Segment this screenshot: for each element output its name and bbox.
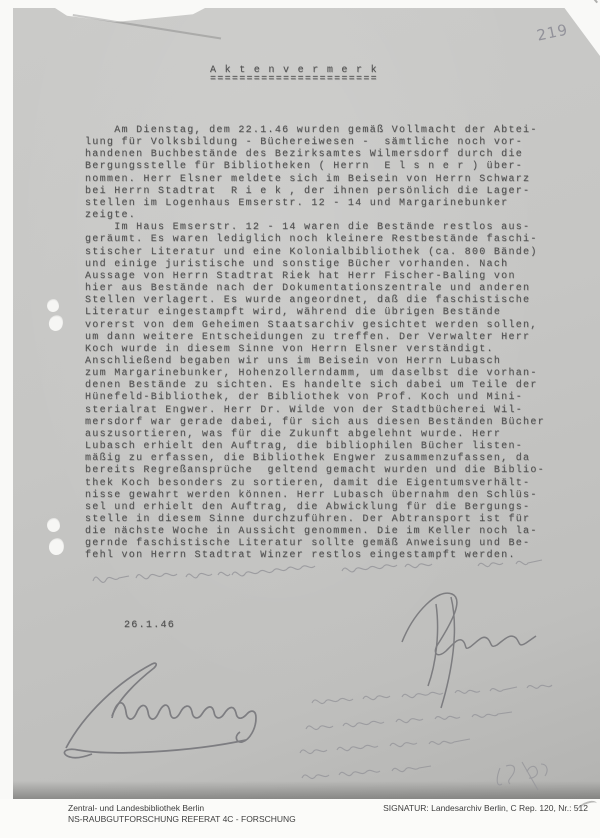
paper-sheet: A k t e n v e r m e r k ================… <box>13 8 600 801</box>
document-date: 26.1.46 <box>124 620 175 631</box>
punch-hole <box>47 537 65 557</box>
title-underline: ======================= <box>210 74 378 85</box>
footer-department: NS-RAUBGUTFORSCHUNG REFERAT 4C - FORSCHU… <box>68 814 296 825</box>
punch-hole <box>47 518 60 532</box>
footer-left-block: Zentral- und Landesbibliothek Berlin NS-… <box>68 803 296 825</box>
footer-signatur: SIGNATUR: Landesarchiv Berlin, C Rep. 12… <box>383 803 588 814</box>
archive-footer: Zentral- und Landesbibliothek Berlin NS-… <box>0 799 600 838</box>
punch-hole <box>47 299 59 312</box>
scanned-document: A k t e n v e r m e r k ================… <box>0 0 600 838</box>
footer-institution: Zentral- und Landesbibliothek Berlin <box>68 803 296 814</box>
punch-hole <box>47 313 66 333</box>
document-body: Am Dienstag, dem 22.1.46 wurden gemäß Vo… <box>85 125 575 563</box>
